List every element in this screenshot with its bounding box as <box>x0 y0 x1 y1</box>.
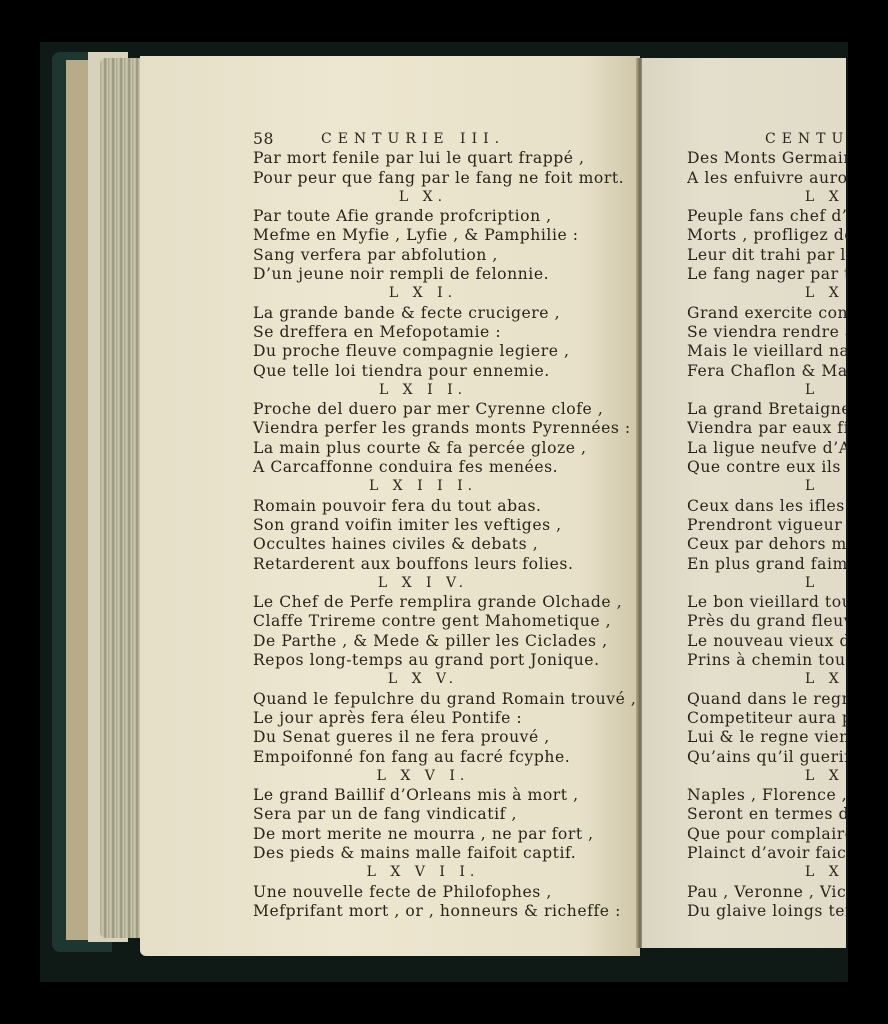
verse-line: Grand exercite conduit <box>687 304 846 323</box>
quatrain: L XQuand dans le regneCompetiteur aura p… <box>687 670 846 766</box>
verse-line: Viendra par eaux fi h <box>687 419 846 438</box>
verse-line: Son grand voifin imiter les veftiges , <box>253 516 623 535</box>
verse-line: Le Chef de Perfe remplira grande Olchade… <box>253 593 623 612</box>
verse-line: Retarderent aux bouffons leurs folies. <box>253 555 623 574</box>
verse-line: D’un jeune noir rempli de felonnie. <box>253 265 623 284</box>
quatrain-number: L X I. <box>253 284 623 303</box>
verse-line: Pau , Veronne , Vicen <box>687 883 846 902</box>
verse-line: De Parthe , & Mede & piller les Ciclades… <box>253 632 623 651</box>
verse-line: Peuple fans chef d’Ef <box>687 207 846 226</box>
verse-line: Ceux dans les ifles de <box>687 497 846 516</box>
quatrain-number: L X V. <box>253 670 623 689</box>
verse-line: Une nouvelle fecte de Philofophes , <box>253 883 623 902</box>
verse-line: Du glaive loings terro <box>687 902 846 921</box>
quatrain-number: L X. <box>253 188 623 207</box>
verse-line: De mort merite ne mourra , ne par fort , <box>253 825 623 844</box>
verse-line: Mefme en Myfie , Lyfie , & Pamphilie : <box>253 226 623 245</box>
quatrain: LLe bon vieillard tourPrès du grand fleu… <box>687 574 846 670</box>
verse-line: Seront en termes de t <box>687 805 846 824</box>
verse-line: Des Monts Germains <box>687 149 846 168</box>
quatrain-number: L X I I I. <box>253 477 623 496</box>
quatrain: L XPau , Veronne , VicenDu glaive loings… <box>687 863 846 921</box>
quatrain-number: L X V I I. <box>253 863 623 882</box>
quatrain: Par mort fenile par lui le quart frappé … <box>253 149 623 188</box>
quatrain: L X V I I.Une nouvelle fecte de Philofop… <box>253 863 623 921</box>
quatrain: L X VPeuple fans chef d’EfMorts , profli… <box>687 188 846 284</box>
quatrain-number: L <box>687 574 846 593</box>
verse-line: Près du grand fleuve <box>687 612 846 631</box>
verse-line: Occultes haines civiles & debats , <box>253 535 623 554</box>
verse-line: Repos long-temps au grand port Jonique. <box>253 651 623 670</box>
quatrain: L X V I.Le grand Baillif d’Orleans mis à… <box>253 767 623 863</box>
quatrain: L X.Par toute Afie grande profcription ,… <box>253 188 623 284</box>
verse-line: Lui & le regne vien <box>687 728 846 747</box>
verse-line: Que telle loi tiendra pour ennemie. <box>253 362 623 381</box>
verse-line: Qu’ains qu’il gueriffe <box>687 748 846 767</box>
verse-line: Sang verfera par abfolution , <box>253 246 623 265</box>
verse-line: Leur dit trahi par leg <box>687 246 846 265</box>
quatrain-number: L <box>687 381 846 400</box>
verse-line: Morts , profligez dedan <box>687 226 846 245</box>
verse-line: Naples , Florence , Fa <box>687 786 846 805</box>
right-page-text: CENTU Des Monts GermainsA les enfuivre a… <box>687 130 846 921</box>
verse-line: Sera par un de fang vindicatif , <box>253 805 623 824</box>
quatrain-number: L X <box>687 284 846 303</box>
verse-line: Par toute Afie grande profcription , <box>253 207 623 226</box>
quatrain: LCeux dans les ifles dePrendront vigueur… <box>687 477 846 573</box>
verse-line: Empoifonné fon fang au facré fcyphe. <box>253 748 623 767</box>
verse-line: Le nouveau vieux de <box>687 632 846 651</box>
verse-line: Fera Chaflon & Mafc <box>687 362 846 381</box>
running-head-right: CENTU <box>687 130 846 149</box>
quatrain: L XGrand exercite conduitSe viendra rend… <box>687 284 846 380</box>
verse-line: Mais le vieillard nai a <box>687 342 846 361</box>
verse-line: La grande bande & fecte crucigere , <box>253 304 623 323</box>
quatrain: L X V.Quand le fepulchre du grand Romain… <box>253 670 623 766</box>
quatrain: LLa grand Bretaigne coViendra par eaux f… <box>687 381 846 477</box>
verse-line: Le fang nager par tou <box>687 265 846 284</box>
quatrain-number: L X V <box>687 188 846 207</box>
verse-line: Que pour complaire au <box>687 825 846 844</box>
quatrain-number: L X <box>687 767 846 786</box>
verse-line: Des pieds & mains malle faifoit captif. <box>253 844 623 863</box>
quatrain: L X I V.Le Chef de Perfe remplira grande… <box>253 574 623 670</box>
verse-line: Quand le fepulchre du grand Romain trouv… <box>253 690 623 709</box>
verse-line: Ceux par dehors mors <box>687 535 846 554</box>
verse-line: Du proche fleuve compagnie legiere , <box>253 342 623 361</box>
verse-line: A les enfuivre auront <box>687 169 846 188</box>
verse-line: Par mort fenile par lui le quart frappé … <box>253 149 623 168</box>
verse-line: Claffe Trireme contre gent Mahometique , <box>253 612 623 631</box>
quatrain-number: L X V I. <box>253 767 623 786</box>
verse-line: Competiteur aura proc <box>687 709 846 728</box>
quatrain: L XNaples , Florence , FaSeront en terme… <box>687 767 846 863</box>
verse-line: Plainct d’avoir faict à <box>687 844 846 863</box>
quatrain-number: L X I V. <box>253 574 623 593</box>
quatrain-number: L <box>687 477 846 496</box>
quatrain-number: L X <box>687 670 846 689</box>
verse-line: Le bon vieillard tour <box>687 593 846 612</box>
verse-line: En plus grand faim q <box>687 555 846 574</box>
left-header: 58 CENTURIE III. <box>253 130 623 149</box>
quatrain-number: L X I I. <box>253 381 623 400</box>
verse-line: Du Senat gueres il ne fera prouvé , <box>253 728 623 747</box>
verse-line: Prendront vigueur for <box>687 516 846 535</box>
quatrain: L X I I.Proche del duero par mer Cyrenne… <box>253 381 623 477</box>
verse-line: Viendra perfer les grands monts Pyrennée… <box>253 419 623 438</box>
verse-line: Mefprifant mort , or , honneurs & richef… <box>253 902 623 921</box>
quatrain: Des Monts GermainsA les enfuivre auront <box>687 149 846 188</box>
left-page-text: 58 CENTURIE III. Par mort fenile par lui… <box>253 130 623 921</box>
quatrain: L X I I I.Romain pouvoir fera du tout ab… <box>253 477 623 573</box>
verse-line: Se viendra rendre aux <box>687 323 846 342</box>
running-head: CENTURIE III. <box>321 130 505 149</box>
verse-line: Quand dans le regne <box>687 690 846 709</box>
quatrain-number: L X <box>687 863 846 882</box>
verse-line: La main plus courte & fa percée gloze , <box>253 439 623 458</box>
verse-line: Romain pouvoir fera du tout abas. <box>253 497 623 516</box>
page-number: 58 <box>253 130 277 149</box>
quatrain: L X I.La grande bande & fecte crucigere … <box>253 284 623 380</box>
verse-line: Proche del duero par mer Cyrenne clofe , <box>253 400 623 419</box>
verse-line: La ligue neufve d’Auf <box>687 439 846 458</box>
verse-line: La grand Bretaigne co <box>687 400 846 419</box>
verse-line: Prins à chemin tout <box>687 651 846 670</box>
verse-line: Se dreffera en Mefopotamie : <box>253 323 623 342</box>
verse-line: Pour peur que fang par le fang ne foit m… <box>253 169 623 188</box>
verse-line: Le grand Baillif d’Orleans mis à mort , <box>253 786 623 805</box>
verse-line: Que contre eux ils fe <box>687 458 846 477</box>
verse-line: A Carcaffonne conduira fes menées. <box>253 458 623 477</box>
verse-line: Le jour après fera éleu Pontife : <box>253 709 623 728</box>
